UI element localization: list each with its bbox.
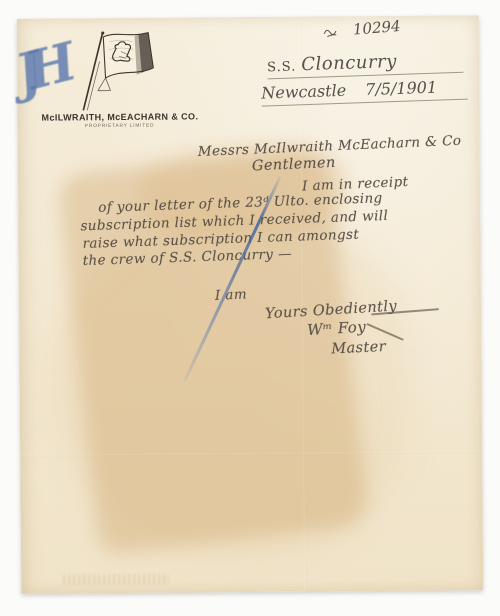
letter-paper: JH McILWRAITH, McEACH	[17, 15, 484, 594]
place-date-line: Newcastle 7/5/1901	[261, 77, 468, 107]
faint-pencil-annotation	[63, 574, 169, 586]
reference-number: 10294	[352, 17, 401, 39]
ship-prefix: S.S.	[267, 59, 297, 75]
signature: Wᵐ Foy	[307, 318, 367, 340]
signer-title: Master	[331, 339, 386, 357]
scanned-letter-page: { "annotations": { "blue_initials": "JH"…	[0, 0, 500, 616]
ship-name: Cloncurry	[301, 51, 397, 75]
house-flag-icon	[41, 27, 198, 112]
letterhead: McILWRAITH, McEACHARN & CO. PROPRIETARY …	[41, 27, 198, 129]
ship-name-line: S.S. Cloncurry	[267, 49, 464, 80]
company-name: McILWRAITH, McEACHARN & CO.	[41, 111, 197, 122]
pencil-squiggle-icon	[323, 25, 344, 39]
place: Newcastle	[261, 81, 346, 103]
date: 7/5/1901	[365, 78, 437, 99]
reference-number-block: 10294	[322, 13, 453, 41]
company-subtitle: PROPRIETARY LIMITED	[57, 123, 182, 129]
